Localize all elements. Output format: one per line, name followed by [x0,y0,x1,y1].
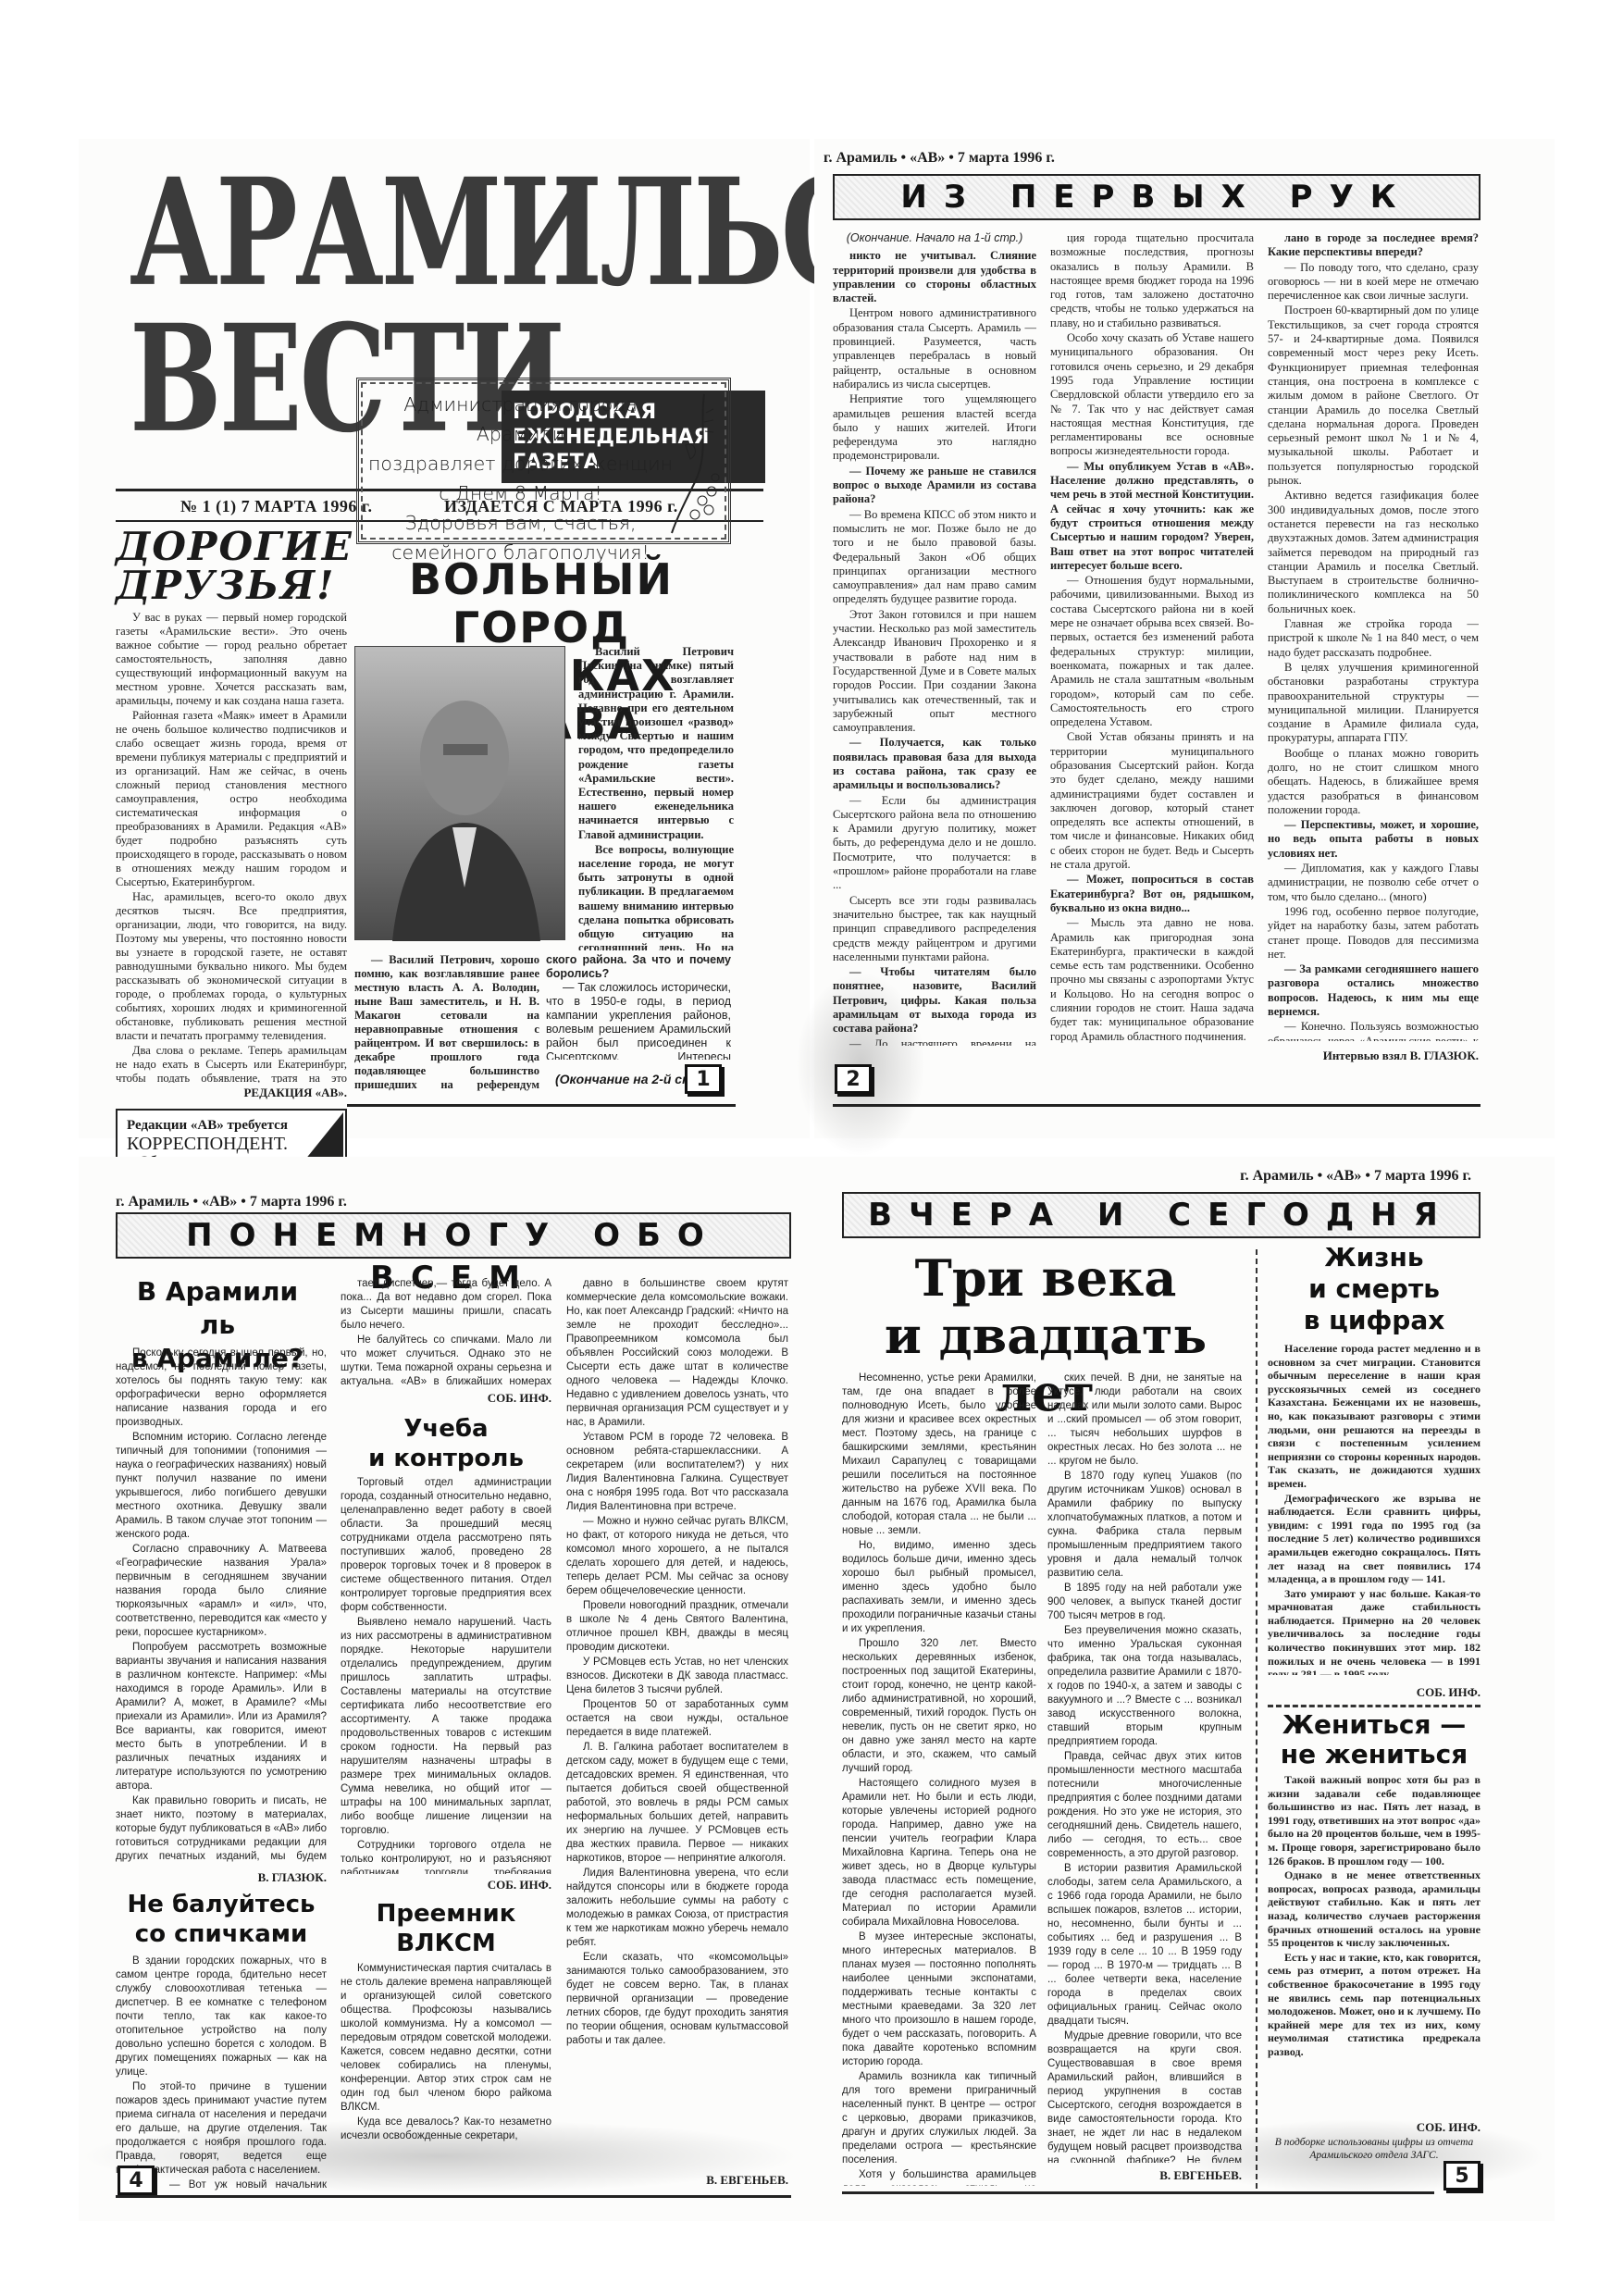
page-number-4: 4 [118,2166,155,2195]
page-number-1: 1 [685,1064,722,1094]
section-banner: ИЗ ПЕРВЫХ РУК [833,174,1481,220]
page-5: г. Арамиль • «АВ» • 7 марта 1996 г. ВЧЕР… [805,1157,1555,2221]
interview-continued-col3: лано в городе за последнее время? Какие … [1268,231,1479,1041]
front-page: АРАМИЛЬСКИЕ ВЕСТИ ГОРОДСКАЯ ЕЖЕНЕДЕЛЬНАЯ… [79,139,810,1138]
interview-col1: — Василий Петрович, хорошо помню, как во… [354,953,539,1092]
article-history-col1: Несомненно, устье реки Арамилки, там, гд… [842,1371,1036,2186]
vlksm-signature: В. ЕВГЕНЬЕВ. [566,2173,788,2188]
trade-signature: СОБ. ИНФ. [341,1878,551,1893]
source-footnote: В подборке использованы цифры из отчета … [1268,2136,1481,2162]
masthead-title: АРАМИЛЬСКИЕ ВЕСТИ [130,167,768,411]
article-matches-body: В здании городских пожарных, что в самом… [116,1955,327,2191]
column-divider [1256,1249,1258,2189]
article-trade-body: Торговый отдел администрации города, соз… [341,1476,551,1874]
page-4: г. Арамиль • «АВ» • 7 марта 1996 г. ПОНЕ… [79,1157,810,2221]
marriage-signature: СОБ. ИНФ. [1268,2120,1481,2135]
editorial-signature: РЕДАКЦИЯ «АВ». [116,1086,347,1100]
article-vlksm-continued: давно в большинстве своем крутят коммерч… [566,1277,788,2161]
running-head: г. Арамиль • «АВ» • 7 марта 1996 г. [116,1194,347,1210]
page4-bottom-rule [116,2195,791,2198]
section-banner: ВЧЕРА И СЕГОДНЯ [842,1192,1481,1238]
matches-signature: СОБ. ИНФ. [341,1391,551,1406]
masthead-title-line1: АРАМИЛЬСКИЕ [130,167,768,299]
page-number-2: 2 [835,1064,872,1094]
person-photo-icon [355,647,566,941]
page1-bottom-rule [347,1104,736,1107]
main-article-lead: Василий Петрович Ласкин (на снимке) пяты… [578,645,734,950]
section-banner: ПОНЕМНОГУ ОБО ВСЕМ [116,1212,791,1259]
article-headline-marriage: Жениться — не жениться [1268,1710,1481,1769]
page2-bottom-rule [833,1104,1481,1107]
article-marriage-body: Такой важный вопрос хотя бы раз в жизни … [1268,1773,1481,2129]
issue-number: № 1 (1) 7 МАРТА 1996 г. [180,497,373,516]
article-headline-stats: Жизнь и смерть в цифрах [1268,1242,1481,1336]
interview-signature: Интервью взял В. ГЛАЗЮК. [1268,1049,1479,1063]
flower-ornament-icon [667,390,723,538]
running-head: г. Арамиль • «АВ» • 7 марта 1996 г. [824,150,1055,167]
page5-bottom-rule [842,2191,1434,2194]
article-headline-vlksm: Преемник ВЛКСМ [341,1899,551,1958]
page-2: г. Арамиль • «АВ» • 7 марта 1996 г. ИЗ П… [814,139,1555,1138]
greeting-box: Администрация города Арамили поздравляет… [356,378,731,544]
article-matches-continued: тает диспетчер,— тогда будет дело. А пок… [341,1277,551,1388]
interview-col2: ского района. За что и почему боролись? … [546,953,731,1060]
interview-continued-col2: ция города тщательно просчитала возможны… [1050,231,1254,1046]
portrait-photo [354,646,565,940]
editorial-body: У вас в руках — первый номер городской г… [116,611,347,1083]
dashed-separator [1268,1705,1481,1707]
page-number-5: 5 [1443,2161,1481,2191]
article-history-col2: ских печей. В дни, не занятые на Уктусе,… [1047,1371,1242,2163]
editorial-headline: ДОРОГИЕ ДРУЗЬЯ! [116,527,315,605]
article-vlksm-body: Коммунистическая партия считалась в не с… [341,1962,551,2193]
interview-continued-col1: (Окончание. Начало на 1-й стр.) никто не… [833,231,1036,1046]
running-head: г. Арамиль • «АВ» • 7 марта 1996 г. [1240,1168,1471,1185]
article-naming-body: Поскольку сегодня вышел первый, но, наде… [116,1347,327,1865]
article-headline-trade: Учеба и контроль [341,1414,551,1473]
article-headline-matches: Не балуйтесь со спичками [116,1890,327,1949]
stats-signature: СОБ. ИНФ. [1268,1685,1481,1700]
article-stats-body: Население города растет медленно и в осн… [1268,1342,1481,1675]
article-naming-signature: В. ГЛАЗЮК. [116,1870,327,1885]
history-signature: В. ЕВГЕНЬЕВ. [1047,2168,1242,2183]
